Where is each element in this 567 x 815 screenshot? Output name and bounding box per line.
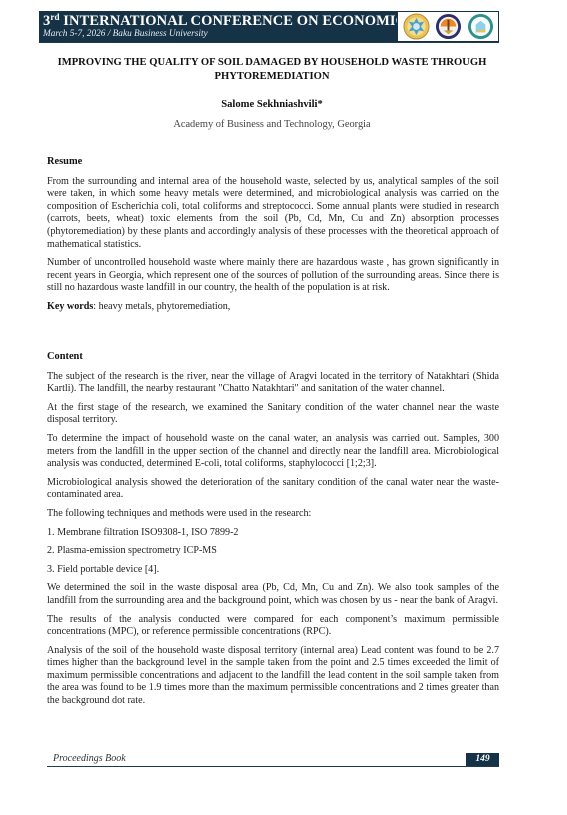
page-footer: Proceedings Book 149: [47, 753, 499, 767]
keywords-values: : heavy metals, phytoremediation,: [93, 301, 230, 312]
logo-strip: [397, 11, 499, 42]
conference-header: 3rd INTERNATIONAL CONFERENCE ON ECONOMIC…: [39, 11, 499, 43]
conference-name: INTERNATIONAL CONFERENCE ON ECONOMICS: [63, 13, 414, 29]
method-list-item: 3. Field portable device [4].: [47, 564, 499, 577]
content-paragraph: Analysis of the soil of the household wa…: [47, 645, 499, 708]
conference-title: 3rd INTERNATIONAL CONFERENCE ON ECONOMIC…: [43, 12, 414, 30]
method-list-item: 2. Plasma-emission spectrometry ICP-MS: [47, 545, 499, 558]
content-paragraph: The subject of the research is the river…: [47, 371, 499, 396]
ordinal-suffix: rd: [50, 12, 59, 22]
header-band: 3rd INTERNATIONAL CONFERENCE ON ECONOMIC…: [39, 11, 397, 42]
resume-heading: Resume: [47, 156, 499, 169]
resume-paragraph: Number of uncontrolled household waste w…: [47, 257, 499, 295]
university-seal-logo-icon: [403, 13, 430, 40]
keywords-label: Key words: [47, 301, 93, 312]
content-heading: Content: [47, 351, 499, 364]
method-list-item: 1. Membrane filtration ISO9308-1, ISO 78…: [47, 527, 499, 540]
resume-section: Resume From the surrounding and internal…: [47, 156, 499, 314]
building-emblem-logo-icon: [467, 13, 494, 40]
page-number: 149: [466, 753, 499, 766]
content-paragraph: The results of the analysis conducted we…: [47, 614, 499, 639]
content-paragraph: At the first stage of the research, we e…: [47, 402, 499, 427]
proceedings-label: Proceedings Book: [53, 753, 126, 764]
keywords-line: Key words: heavy metals, phytoremediatio…: [47, 301, 499, 314]
content-paragraph: To determine the impact of household was…: [47, 433, 499, 471]
paper-title: IMPROVING THE QUALITY OF SOIL DAMAGED BY…: [39, 56, 505, 83]
author-name: Salome Sekhniashvili*: [39, 99, 505, 110]
resume-paragraph: From the surrounding and internal area o…: [47, 176, 499, 252]
conference-date-venue: March 5-7, 2026 / Baku Business Universi…: [43, 29, 208, 39]
content-paragraph: The following techniques and methods wer…: [47, 508, 499, 521]
faculty-emblem-logo-icon: [435, 13, 462, 40]
content-section: Content The subject of the research is t…: [47, 351, 499, 708]
author-affiliation: Academy of Business and Technology, Geor…: [39, 119, 505, 130]
content-paragraph: Microbiological analysis showed the dete…: [47, 477, 499, 502]
content-paragraph: We determined the soil in the waste disp…: [47, 582, 499, 607]
